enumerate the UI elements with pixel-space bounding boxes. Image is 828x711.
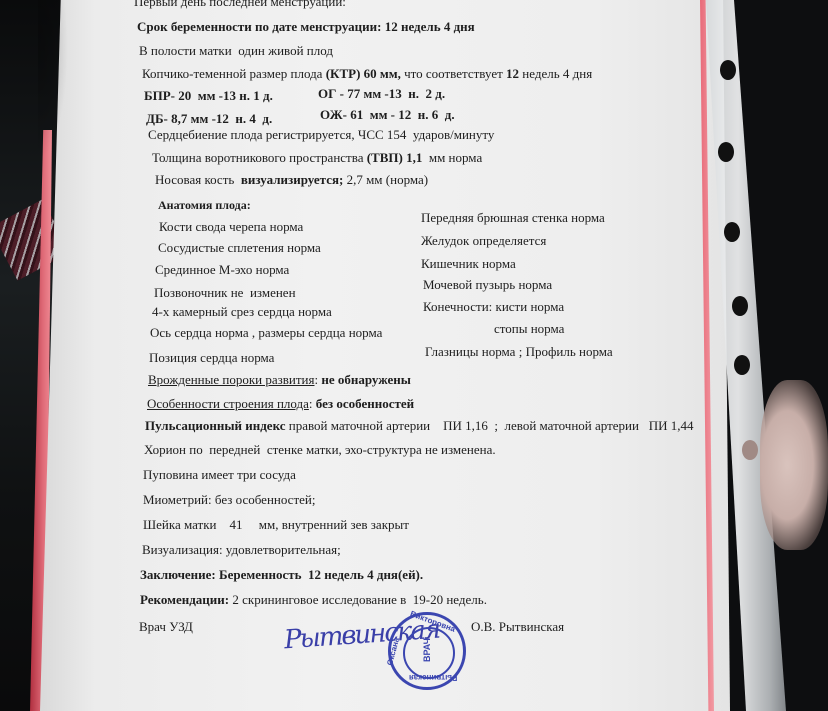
stamp-bottom-text: Рытвинская	[409, 673, 457, 682]
myometrium-line: Миометрий: без особенностей;	[143, 492, 315, 508]
anatomy-item: стопы норма	[494, 321, 564, 337]
anatomy-item: Кишечник норма	[421, 256, 516, 272]
anatomy-item: 4-х камерный срез сердца норма	[152, 304, 332, 320]
anatomy-item: Позвоночник не изменен	[154, 285, 296, 301]
anatomy-item: Конечности: кисти норма	[423, 299, 564, 315]
anatomy-item: Передняя брюшная стенка норма	[421, 210, 605, 226]
anatomy-item: Срединное М-эхо норма	[155, 262, 289, 278]
nt-line: Толщина воротникового пространства (ТВП)…	[152, 150, 482, 166]
crl-line: Копчико-теменной размер плода (КТР) 60 м…	[142, 66, 592, 82]
doctor-name: О.В. Рытвинская	[471, 619, 564, 635]
anatomy-item: Ось сердца норма , размеры сердца норма	[150, 325, 382, 341]
conclusion-line: Заключение: Беременность 12 недель 4 дня…	[140, 567, 423, 583]
cord-line: Пуповина имеет три сосуда	[143, 467, 296, 483]
gestation-lmp: Срок беременности по дате менструации: 1…	[137, 19, 475, 35]
anatomy-item: Сосудистые сплетения норма	[158, 240, 321, 256]
heartbeat-line: Сердцебиение плода регистрируется, ЧСС 1…	[148, 127, 494, 143]
doctor-stamp: ВРАЧ Викторовна Оксана Рытвинская	[388, 612, 466, 690]
ultrasound-report: Первый день последней менструации: Срок …	[0, 0, 828, 711]
doctor-title: Врач УЗД	[139, 619, 193, 635]
cervix-line: Шейка матки 41 мм, внутренний зев закрыт	[143, 517, 409, 533]
og-value: ОГ - 77 мм -13 н. 2 д.	[318, 86, 445, 102]
recommendations-line: Рекомендации: 2 скрининговое исследовани…	[140, 592, 487, 608]
uterus-line: В полости матки один живой плод	[139, 43, 333, 59]
chorion-line: Хорион по передней стенке матки, эхо-стр…	[144, 442, 496, 458]
ozh-value: ОЖ- 61 мм - 12 н. 6 д.	[320, 107, 455, 123]
anatomy-item: Мочевой пузырь норма	[423, 277, 552, 293]
anatomy-item: Желудок определяется	[421, 233, 546, 249]
anatomy-item: Глазницы норма ; Профиль норма	[425, 344, 613, 360]
anatomy-item: Позиция сердца норма	[149, 350, 274, 366]
structure-line: Особенности строения плода: без особенно…	[147, 396, 414, 412]
anatomy-item: Кости свода черепа норма	[159, 219, 303, 235]
visualization-line: Визуализация: удовлетворительная;	[142, 542, 341, 558]
anatomy-title: Анатомия плода:	[158, 198, 251, 213]
lmp-line: Первый день последней менструации:	[134, 0, 346, 10]
stamp-center-text: ВРАЧ	[422, 632, 432, 668]
db-value: ДБ- 8,7 мм -12 н. 4 д.	[146, 111, 272, 127]
nasal-bone-line: Носовая кость визуализируется; 2,7 мм (н…	[155, 172, 428, 188]
malformations-line: Врожденные пороки развития: не обнаружен…	[148, 372, 411, 388]
bpr-value: БПР- 20 мм -13 н. 1 д.	[144, 88, 273, 104]
pi-line: Пульсационный индекс правой маточной арт…	[145, 418, 693, 434]
